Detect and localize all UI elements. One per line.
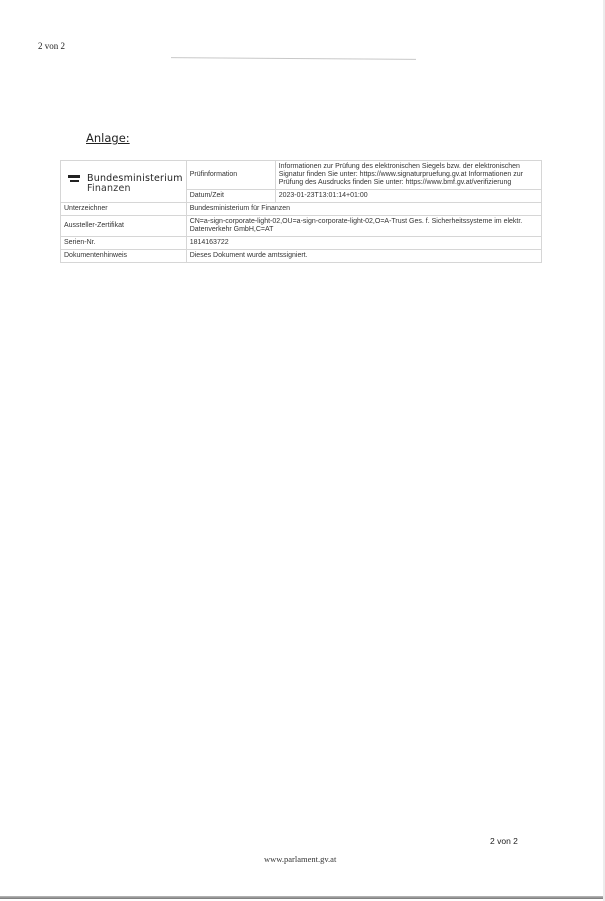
row-value: Bundesministerium für Finanzen	[186, 203, 541, 216]
row-value: CN=a-sign-corporate-light-02,OU=a-sign-c…	[186, 216, 541, 237]
scan-edge	[0, 896, 605, 899]
row-value: Dieses Dokument wurde amtssigniert.	[186, 250, 541, 263]
section-title: Anlage:	[86, 131, 130, 145]
logo-cell: Bundesministerium Finanzen	[61, 161, 187, 203]
table-row: Bundesministerium Finanzen Prüfinformati…	[61, 161, 542, 190]
row-value: 1814163722	[186, 237, 541, 250]
table-row: Serien-Nr. 1814163722	[61, 237, 542, 250]
row-value: Informationen zur Prüfung des elektronis…	[275, 161, 541, 190]
row-label: Datum/Zeit	[186, 190, 275, 203]
header-page-indicator: 2 von 2	[38, 41, 65, 51]
table-row: Dokumentenhinweis Dieses Dokument wurde …	[61, 250, 542, 263]
row-label: Dokumentenhinweis	[61, 250, 187, 263]
footer-url: www.parlament.gv.at	[264, 854, 336, 864]
row-value: 2023-01-23T13:01:14+01:00	[275, 190, 541, 203]
bmf-flag-icon	[68, 175, 80, 182]
footer-page-indicator: 2 von 2	[490, 836, 518, 846]
signature-table: Bundesministerium Finanzen Prüfinformati…	[60, 160, 542, 263]
header-rule	[171, 57, 416, 60]
table-row: Unterzeichner Bundesministerium für Fina…	[61, 203, 542, 216]
row-label: Aussteller-Zertifikat	[61, 216, 187, 237]
row-label: Serien-Nr.	[61, 237, 187, 250]
row-label: Prüfinformation	[186, 161, 275, 190]
row-label: Unterzeichner	[61, 203, 187, 216]
logo-name: Bundesministerium	[87, 175, 183, 183]
bmf-logo: Bundesministerium Finanzen	[64, 171, 183, 193]
table-row: Aussteller-Zertifikat CN=a-sign-corporat…	[61, 216, 542, 237]
logo-subname: Finanzen	[87, 185, 183, 193]
